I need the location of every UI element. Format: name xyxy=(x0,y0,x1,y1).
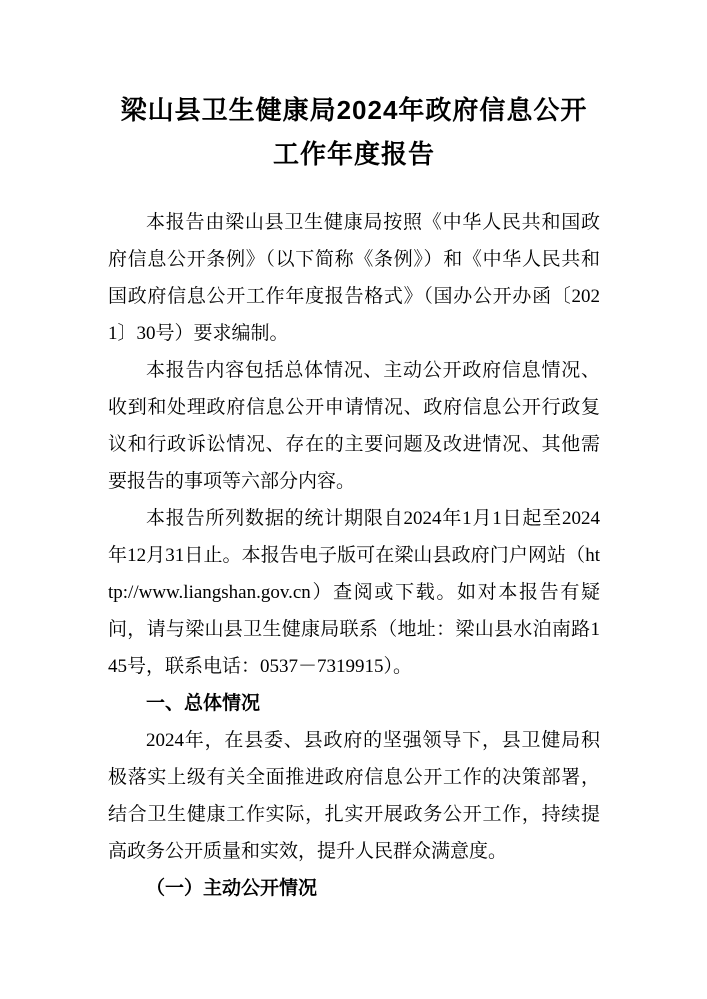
document-page: 梁山县卫生健康局2024年政府信息公开 工作年度报告 本报告由梁山县卫生健康局按… xyxy=(0,0,707,999)
paragraph-overall-situation: 2024年，在县委、县政府的坚强领导下，县卫健局积极落实上级有关全面推进政府信息… xyxy=(108,722,600,870)
document-content: 梁山县卫生健康局2024年政府信息公开 工作年度报告 本报告由梁山县卫生健康局按… xyxy=(108,88,600,907)
paragraph-statistics-period-contact: 本报告所列数据的统计期限自2024年1月1日起至2024年12月31日止。本报告… xyxy=(108,500,600,685)
document-title-line-1: 梁山县卫生健康局2024年政府信息公开 xyxy=(108,88,600,132)
document-title-line-2: 工作年度报告 xyxy=(108,132,600,176)
paragraph-report-contents: 本报告内容包括总体情况、主动公开政府信息情况、收到和处理政府信息公开申请情况、政… xyxy=(108,352,600,500)
paragraph-compilation-basis: 本报告由梁山县卫生健康局按照《中华人民共和国政府信息公开条例》（以下简称《条例》… xyxy=(108,204,600,352)
document-title: 梁山县卫生健康局2024年政府信息公开 工作年度报告 xyxy=(108,88,600,176)
section-heading-overall-situation: 一、总体情况 xyxy=(108,685,600,722)
subsection-heading-proactive-disclosure: （一）主动公开情况 xyxy=(108,870,600,907)
